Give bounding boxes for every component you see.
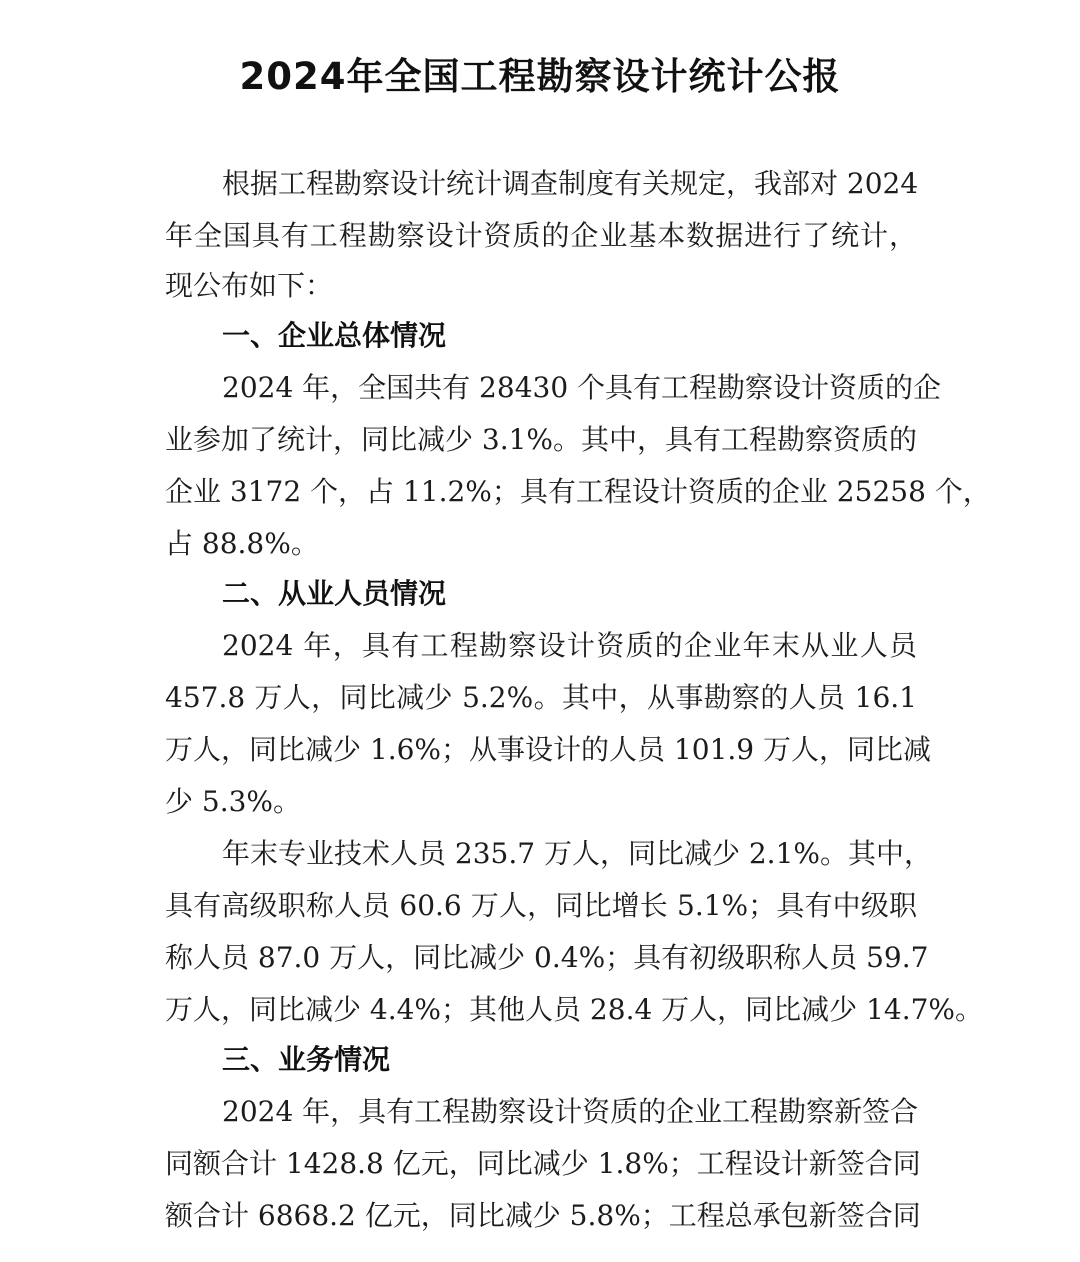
text-line: 年全国具有工程勘察设计资质的企业基本数据进行了统计， <box>165 222 917 250</box>
text-line: 2024 年，具有工程勘察设计资质的企业工程勘察新签合 <box>222 1098 917 1126</box>
text-line: 根据工程勘察设计统计调查制度有关规定，我部对 2024 <box>222 170 917 198</box>
text-line: 万人，同比减少 1.6%；从事设计的人员 101.9 万人，同比减 <box>165 736 917 764</box>
text-line: 2024 年，全国共有 28430 个具有工程勘察设计资质的企 <box>222 374 917 402</box>
text-line: 具有高级职称人员 60.6 万人，同比增长 5.1%；具有中级职 <box>165 892 917 920</box>
document-title: 2024年全国工程勘察设计统计公报 <box>0 58 1080 95</box>
text-line: 2024 年，具有工程勘察设计资质的企业年末从业人员 <box>222 632 917 660</box>
text-line: 457.8 万人，同比减少 5.2%。其中，从事勘察的人员 16.1 <box>165 684 917 712</box>
section-heading: 二、从业人员情况 <box>222 580 446 608</box>
text-line: 同额合计 1428.8 亿元，同比减少 1.8%；工程设计新签合同 <box>165 1150 917 1178</box>
text-line: 企业 3172 个，占 11.2%；具有工程设计资质的企业 25258 个， <box>165 478 917 506</box>
text-line: 业参加了统计，同比减少 3.1%。其中，具有工程勘察资质的 <box>165 426 917 454</box>
text-line: 额合计 6868.2 亿元，同比减少 5.8%；工程总承包新签合同 <box>165 1202 917 1230</box>
text-line: 占 88.8%。 <box>165 530 917 558</box>
text-line: 称人员 87.0 万人，同比减少 0.4%；具有初级职称人员 59.7 <box>165 944 917 972</box>
text-line: 现公布如下： <box>165 272 917 300</box>
section-heading: 一、企业总体情况 <box>222 322 446 350</box>
section-heading: 三、业务情况 <box>222 1046 390 1074</box>
text-line: 万人，同比减少 4.4%；其他人员 28.4 万人，同比减少 14.7%。 <box>165 996 917 1024</box>
text-line: 年末专业技术人员 235.7 万人，同比减少 2.1%。其中， <box>222 840 917 868</box>
text-line: 少 5.3%。 <box>165 788 917 816</box>
